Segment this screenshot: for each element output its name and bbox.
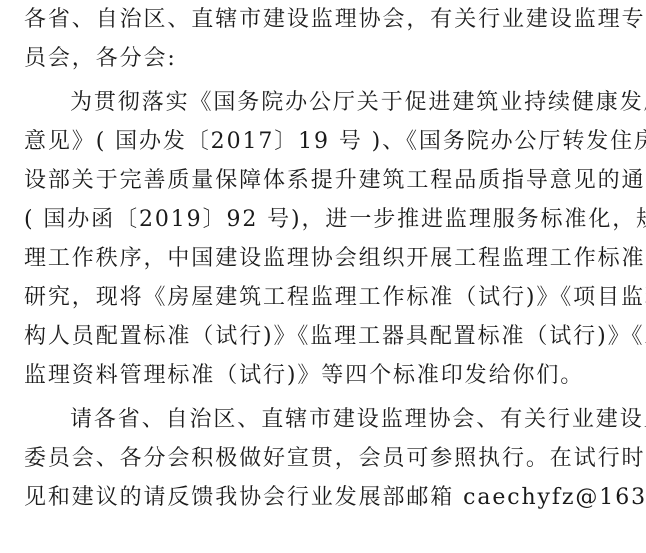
- text-line: 委员会、各分会积极做好宣贯，会员可参照执行。在试行时期，有意: [24, 439, 646, 478]
- text-line: 监理资料管理标准（试行)》等四个标准印发给你们。: [24, 356, 584, 395]
- text-line: ( 国办函〔2019〕92 号)，进一步推进监理服务标准化，规范监: [24, 200, 646, 239]
- text-line: 见和建议的请反馈我协会行业发展部邮箱 caechyfz@163.com，以便修: [24, 478, 646, 517]
- text-line: 构人员配置标准（试行)》《监理工器具配置标准（试行)》《工程: [24, 317, 646, 356]
- text-line: 设部关于完善质量保障体系提升建筑工程品质指导意见的通知》: [24, 161, 646, 200]
- text-line: 理工作秩序，中国建设监理协会组织开展工程监理工作标准课题: [24, 239, 646, 278]
- paragraph-start-line: 为贯彻落实《国务院办公厅关于促进建筑业持续健康发展的: [70, 83, 646, 122]
- paragraph-start-line: 请各省、自治区、直辖市建设监理协会、有关行业建设监理专业: [70, 400, 646, 439]
- text-line: 各省、自治区、直辖市建设监理协会，有关行业建设监理专业委: [24, 0, 646, 39]
- text-line: 研究，现将《房屋建筑工程监理工作标准（试行)》《项目监理机: [24, 278, 646, 317]
- text-line: 意见》( 国办发〔2017〕19 号 )、《国务院办公厅转发住房城乡建: [24, 122, 646, 161]
- text-line: 员会，各分会:: [24, 39, 177, 78]
